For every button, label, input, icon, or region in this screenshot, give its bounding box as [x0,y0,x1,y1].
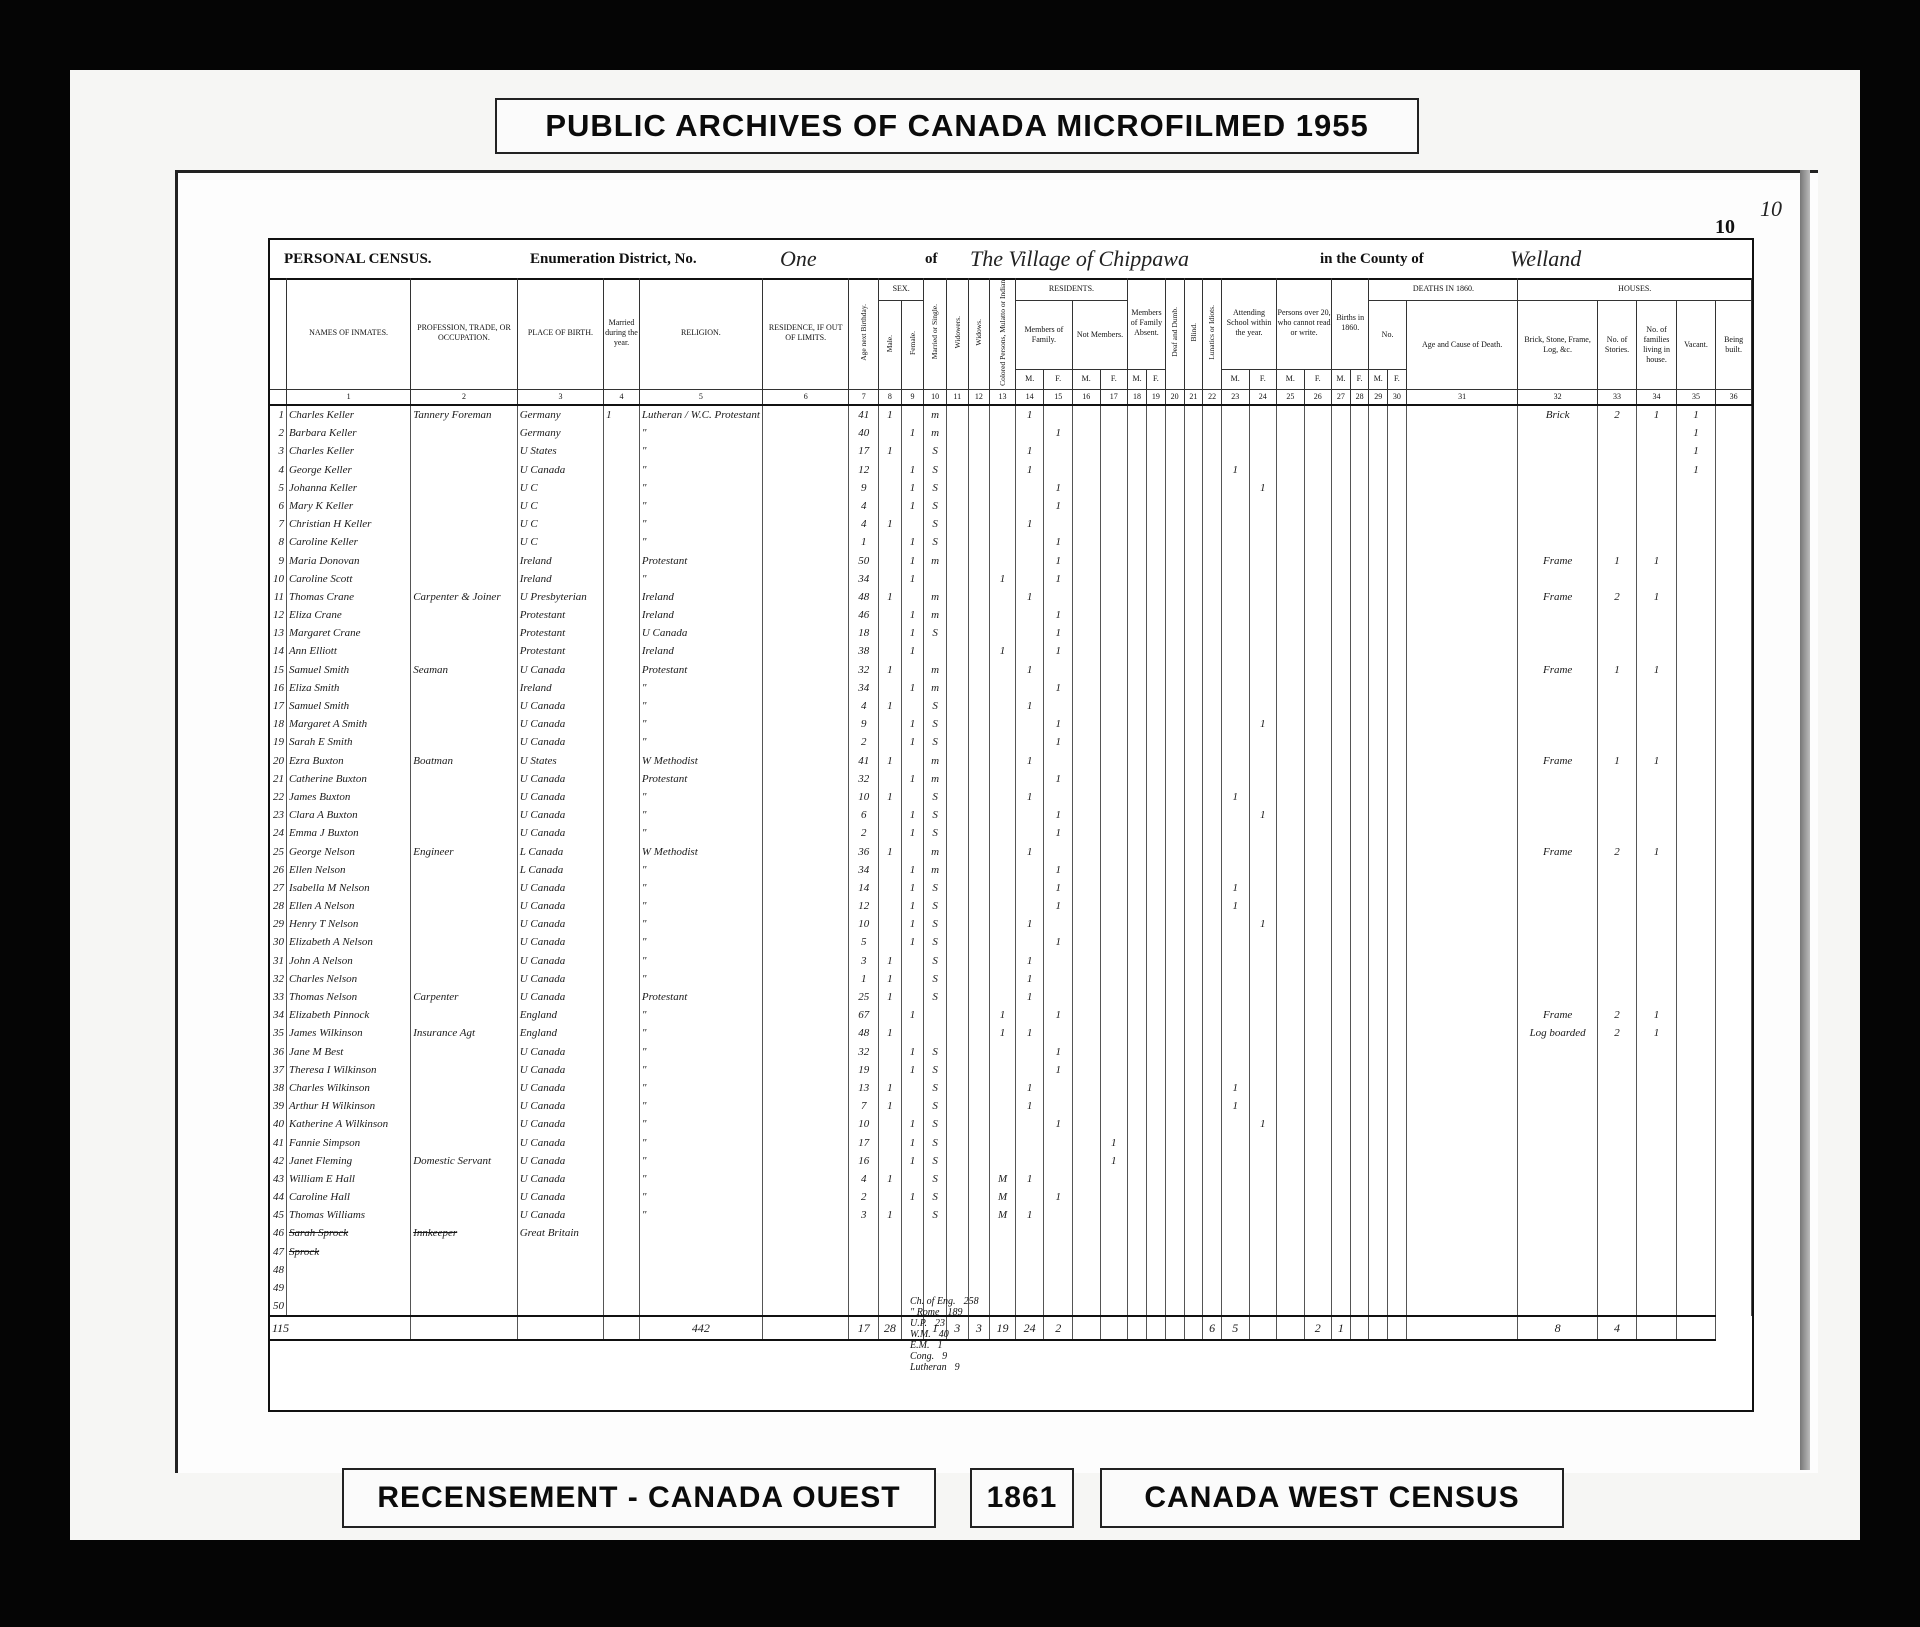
cell-mem_f: 1 [1044,715,1072,733]
cell-nm_f [1100,479,1128,497]
cell-sch_f [1249,988,1277,1006]
cell-b [1184,733,1203,751]
total-stories: 8 [1518,1316,1597,1340]
cell-mem_f [1044,1206,1072,1224]
row-number: 29 [270,915,286,933]
cell-a1 [1128,697,1147,715]
cell-w2 [968,788,990,806]
cell-dm [1369,1133,1388,1151]
cell-col13: M [990,1188,1016,1206]
cell-mem_m [1015,1224,1044,1242]
header-being-built: Being built. [1716,300,1752,389]
cell-sch_f [1249,897,1277,915]
cell-bf [1350,1079,1369,1097]
cell-mem_m: 1 [1015,988,1044,1006]
cell-house [1518,988,1597,1006]
cell-b [1184,606,1203,624]
table-row: 3Charles KellerU States"171S11 [270,442,1752,460]
cell-mem_f: 1 [1044,679,1072,697]
cell-nm_m [1072,697,1100,715]
cell-bm [1332,806,1351,824]
cell-name: Eliza Smith [286,679,410,697]
cell-name: Sprock [286,1243,410,1261]
cell-col13: 1 [990,1006,1016,1024]
cell-built [1716,1133,1752,1151]
cell-rel: " [639,1079,762,1097]
cell-ms: S [924,1152,947,1170]
cell-age: 32 [849,1042,879,1060]
cell-vacant [1676,1279,1715,1297]
cell-female: 1 [901,824,924,842]
cell-male: 1 [879,697,902,715]
cell-occ [411,770,517,788]
cell-d [1165,661,1184,679]
header-deaths-no: No. [1369,300,1406,369]
cell-d [1165,879,1184,897]
row-number: 4 [270,460,286,478]
cell-b [1184,751,1203,769]
column-number: 31 [1406,389,1518,405]
cell-b [1184,442,1203,460]
cell-ms: m [924,770,947,788]
table-row: 1Charles KellerTannery ForemanGermany1Lu… [270,405,1752,424]
cell-house [1518,460,1597,478]
cell-mem_f [1044,842,1072,860]
cell-i2 [1304,1061,1331,1079]
cell-nm_m [1072,1115,1100,1133]
cell-mem_f [1044,788,1072,806]
cell-w2 [968,1061,990,1079]
cell-stories [1597,642,1636,660]
totals-label: 115 [270,1316,411,1340]
cell-married [604,460,640,478]
cell-nm_m [1072,570,1100,588]
cell-sch_m [1221,1261,1249,1279]
cell-a2 [1146,405,1165,424]
tally-line: Cong.9 [910,1351,979,1362]
cell-birth [517,1279,603,1297]
cell-l [1203,970,1222,988]
table-row: 20Ezra BuxtonBoatmanU StatesW Methodist4… [270,751,1752,769]
cell-bf [1350,1024,1369,1042]
cell-i1 [1277,551,1304,569]
cell-ms: S [924,1115,947,1133]
cell-female: 1 [901,624,924,642]
cell-a2 [1146,770,1165,788]
cell-i1 [1277,806,1304,824]
cell-nm_f [1100,897,1128,915]
cell-age: 10 [849,1115,879,1133]
tally-label: E.M. [910,1340,929,1351]
cell-d [1165,442,1184,460]
header-colored: Colored Persons, Mulatto or Indian. [998,278,1007,386]
cell-i1 [1277,515,1304,533]
cell-cause [1406,1133,1518,1151]
cell-occ [411,1188,517,1206]
cell-married [604,1024,640,1042]
header-names: NAMES OF INMATES. [286,278,410,389]
cell-nm_m [1072,879,1100,897]
cell-cause [1406,988,1518,1006]
cell-bf [1350,788,1369,806]
cell-a1 [1128,1133,1147,1151]
cell-bf [1350,1261,1369,1279]
cell-occ: Domestic Servant [411,1152,517,1170]
cell-res [762,952,849,970]
cell-w1 [946,879,968,897]
cell-w2 [968,1224,990,1242]
cell-w1 [946,588,968,606]
cell-i2 [1304,642,1331,660]
archive-banner-text: PUBLIC ARCHIVES OF CANADA MICROFILMED 19… [545,108,1368,144]
cell-sch_f [1249,824,1277,842]
cell-a2 [1146,1297,1165,1316]
cell-built [1716,460,1752,478]
cell-male [879,1115,902,1133]
cell-mem_f [1044,988,1072,1006]
cell-nm_f [1100,642,1128,660]
total-male: 17 [849,1316,879,1340]
cell-female: 1 [901,733,924,751]
row-number: 12 [270,606,286,624]
cell-built [1716,1097,1752,1115]
cell-sch_m [1221,1152,1249,1170]
cell-occ [411,679,517,697]
cell-male: 1 [879,1206,902,1224]
cell-families [1637,533,1677,551]
cell-w1 [946,424,968,442]
cell-sch_m [1221,588,1249,606]
cell-res [762,1279,849,1297]
cell-nm_m [1072,551,1100,569]
cell-nm_f [1100,1279,1128,1297]
tally-value: 9 [942,1351,947,1362]
cell-sch_f: 1 [1249,479,1277,497]
header-female: Female. [908,331,917,355]
cell-stories [1597,679,1636,697]
cell-d [1165,570,1184,588]
cell-i2 [1304,405,1331,424]
cell-nm_f [1100,1042,1128,1060]
cell-sch_m [1221,1115,1249,1133]
row-number: 31 [270,952,286,970]
cell-occ [411,424,517,442]
cell-male [879,606,902,624]
cell-ms: S [924,1188,947,1206]
table-row: 43William E HallU Canada"41SM1 [270,1170,1752,1188]
cell-mem_f [1044,661,1072,679]
cell-nm_f [1100,1188,1128,1206]
cell-ms: S [924,915,947,933]
cell-df [1388,1115,1407,1133]
cell-d [1165,861,1184,879]
cell-b [1184,1188,1203,1206]
census-banner: CANADA WEST CENSUS [1100,1468,1564,1528]
cell-female [901,1224,924,1242]
cell-col13 [990,952,1016,970]
cell-rel: " [639,497,762,515]
cell-nm_f [1100,442,1128,460]
cell-cause [1406,642,1518,660]
cell-l [1203,497,1222,515]
cell-married [604,879,640,897]
cell-occ [411,879,517,897]
cell-bm [1332,1188,1351,1206]
census-banner-text: CANADA WEST CENSUS [1144,1481,1519,1515]
cell-a1 [1128,788,1147,806]
cell-dm [1369,988,1388,1006]
cell-birth: U C [517,515,603,533]
cell-res [762,1061,849,1079]
cell-stories [1597,1079,1636,1097]
cell-name: Samuel Smith [286,661,410,679]
cell-bf [1350,952,1369,970]
cell-families [1637,806,1677,824]
cell-l [1203,1097,1222,1115]
cell-rel: " [639,715,762,733]
cell-house [1518,915,1597,933]
cell-stories: 1 [1597,751,1636,769]
recensement-banner: RECENSEMENT - CANADA OUEST [342,1468,936,1528]
cell-mem_f [1044,1097,1072,1115]
cell-df [1388,1170,1407,1188]
cell-a2 [1146,497,1165,515]
cell-w1 [946,733,968,751]
cell-l [1203,460,1222,478]
cell-cause [1406,679,1518,697]
cell-cause [1406,533,1518,551]
cell-cause [1406,497,1518,515]
cell-b [1184,1079,1203,1097]
cell-nm_f [1100,970,1128,988]
cell-bm [1332,515,1351,533]
cell-age: 36 [849,842,879,860]
cell-w1 [946,970,968,988]
cell-dm [1369,679,1388,697]
cell-nm_m [1072,988,1100,1006]
cell-age: 40 [849,424,879,442]
cell-birth: U Canada [517,915,603,933]
cell-d [1165,806,1184,824]
cell-house [1518,442,1597,460]
cell-i1 [1277,751,1304,769]
cell-name: William E Hall [286,1170,410,1188]
cell-dm [1369,915,1388,933]
row-number: 6 [270,497,286,515]
cell-families [1637,715,1677,733]
column-number: 23 [1221,389,1249,405]
cell-a1 [1128,1006,1147,1024]
table-row: 49 [270,1279,1752,1297]
cell-ms: S [924,824,947,842]
cell-mem_m [1015,570,1044,588]
cell-w2 [968,1188,990,1206]
cell-a2 [1146,588,1165,606]
cell-built [1716,952,1752,970]
census-rows: 1Charles KellerTannery ForemanGermany1Lu… [270,405,1752,1316]
cell-df [1388,515,1407,533]
cell-built [1716,1152,1752,1170]
cell-vacant [1676,1133,1715,1151]
cell-i1 [1277,1024,1304,1042]
cell-a2 [1146,733,1165,751]
cell-sch_f [1249,497,1277,515]
cell-families [1637,970,1677,988]
cell-b [1184,952,1203,970]
cell-vacant [1676,806,1715,824]
cell-sch_m [1221,1024,1249,1042]
cell-vacant [1676,988,1715,1006]
cell-i1 [1277,879,1304,897]
cell-l [1203,751,1222,769]
cell-male [879,424,902,442]
tally-line: " Rome189 [910,1307,979,1318]
cell-female: 1 [901,879,924,897]
cell-stories [1597,861,1636,879]
table-row: 16Eliza SmithIreland"341m1 [270,679,1752,697]
cell-mem_f: 1 [1044,1188,1072,1206]
cell-df [1388,861,1407,879]
cell-df [1388,551,1407,569]
cell-name: Charles Wilkinson [286,1079,410,1097]
cell-col13 [990,824,1016,842]
cell-name: Elizabeth A Nelson [286,933,410,951]
cell-dm [1369,1243,1388,1261]
cell-cause [1406,1188,1518,1206]
cell-ms [924,1279,947,1297]
cell-male [879,824,902,842]
cell-nm_f [1100,460,1128,478]
cell-a1 [1128,1224,1147,1242]
cell-bm [1332,733,1351,751]
cell-mem_m [1015,806,1044,824]
cell-w2 [968,1170,990,1188]
cell-col13 [990,1261,1016,1279]
cell-l [1203,770,1222,788]
cell-age: 46 [849,606,879,624]
cell-name: Charles Keller [286,405,410,424]
cell-house [1518,642,1597,660]
cell-age: 9 [849,479,879,497]
cell-nm_m [1072,479,1100,497]
cell-col13 [990,606,1016,624]
cell-dm [1369,733,1388,751]
cell-a2 [1146,1133,1165,1151]
cell-vacant [1676,1261,1715,1279]
cell-bf [1350,1061,1369,1079]
cell-ms: S [924,897,947,915]
cell-sch_m [1221,679,1249,697]
cell-nm_m [1072,1297,1100,1316]
cell-df [1388,642,1407,660]
cell-female [901,842,924,860]
cell-d [1165,1279,1184,1297]
cell-age: 48 [849,1024,879,1042]
cell-built [1716,679,1752,697]
cell-mem_m: 1 [1015,915,1044,933]
cell-name: Thomas Nelson [286,988,410,1006]
cell-married [604,1206,640,1224]
cell-b [1184,915,1203,933]
cell-a2 [1146,1206,1165,1224]
cell-i1 [1277,661,1304,679]
cell-house: Frame [1518,551,1597,569]
cell-sch_m [1221,551,1249,569]
cell-rel: " [639,533,762,551]
tally-line: Lutheran9 [910,1362,979,1373]
cell-built [1716,588,1752,606]
header-widowers: Widowers. [953,316,962,348]
cell-w2 [968,970,990,988]
cell-occ [411,1206,517,1224]
cell-d [1165,460,1184,478]
cell-nm_f [1100,1006,1128,1024]
row-number: 30 [270,933,286,951]
cell-male: 1 [879,788,902,806]
cell-birth: U Canada [517,988,603,1006]
cell-a2 [1146,751,1165,769]
cell-nm_m [1072,715,1100,733]
cell-families [1637,1243,1677,1261]
cell-i1 [1277,788,1304,806]
cell-mem_m: 1 [1015,405,1044,424]
cell-b [1184,806,1203,824]
cell-name: Arthur H Wilkinson [286,1097,410,1115]
cell-l [1203,642,1222,660]
cell-bm [1332,497,1351,515]
cell-d [1165,679,1184,697]
cell-male: 1 [879,952,902,970]
cell-ms: S [924,970,947,988]
cell-i2 [1304,606,1331,624]
cell-nm_m [1072,1097,1100,1115]
row-number: 45 [270,1206,286,1224]
cell-birth: Great Britain [517,1224,603,1242]
cell-b [1184,1224,1203,1242]
cell-sch_m [1221,933,1249,951]
cell-families [1637,1061,1677,1079]
cell-dm [1369,715,1388,733]
cell-sch_f [1249,624,1277,642]
header-f: F. [1249,369,1277,389]
cell-nm_f [1100,515,1128,533]
cell-vacant [1676,861,1715,879]
cell-cause [1406,1024,1518,1042]
cell-l [1203,933,1222,951]
cell-w2 [968,679,990,697]
header-births: Births in 1860. [1332,278,1369,369]
cell-sch_m: 1 [1221,788,1249,806]
cell-age: 7 [849,1097,879,1115]
cell-nm_f [1100,988,1128,1006]
cell-mem_m: 1 [1015,1097,1044,1115]
cell-cause [1406,915,1518,933]
cell-stories [1597,1061,1636,1079]
cell-dm [1369,1152,1388,1170]
cell-a1 [1128,606,1147,624]
cell-house [1518,1279,1597,1297]
cell-stories: 2 [1597,1006,1636,1024]
cell-ms [924,642,947,660]
cell-married [604,1279,640,1297]
cell-dm [1369,1297,1388,1316]
cell-mem_m: 1 [1015,697,1044,715]
table-row: 46Sarah SprockInnkeeperGreat Britain [270,1224,1752,1242]
cell-stories [1597,879,1636,897]
cell-nm_m [1072,897,1100,915]
cell-mem_m [1015,879,1044,897]
cell-mem_m: 1 [1015,970,1044,988]
